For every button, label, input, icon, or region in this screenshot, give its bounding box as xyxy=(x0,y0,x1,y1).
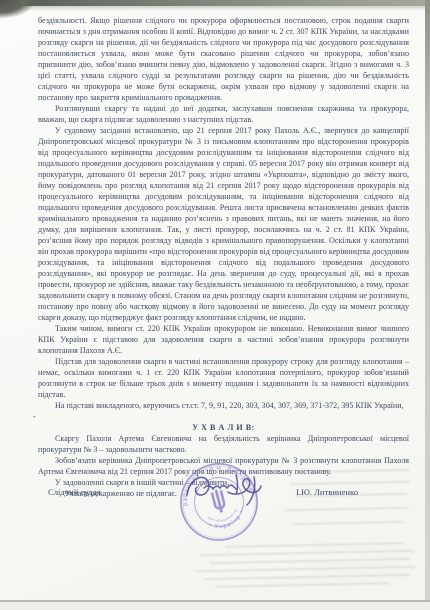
paragraph: Таким чином, вимоги ст. 220 КПК України … xyxy=(38,323,409,356)
paragraph: Розглянувши скаргу та надані до неї дода… xyxy=(38,103,409,125)
scanned-court-ruling-page: бездіяльності. Якщо рішення слідчого чи … xyxy=(0,0,430,610)
dash-line: - xyxy=(33,411,409,422)
handwritten-signature xyxy=(183,467,271,513)
judge-name: І.Ю. Литвиненко xyxy=(296,487,358,497)
paragraph: Підстав для задоволення скарги в частині… xyxy=(38,356,409,400)
photo-top-edge-shadow xyxy=(0,6,430,11)
photo-right-edge xyxy=(425,0,430,610)
document-body: бездіяльності. Якщо рішення слідчого чи … xyxy=(38,15,409,499)
photo-bottom-margin xyxy=(0,602,430,610)
photo-top-left-corner xyxy=(0,0,34,18)
judge-title-label: Слідчий суддя xyxy=(48,487,101,497)
paragraph: бездіяльності. Якщо рішення слідчого чи … xyxy=(38,15,409,103)
resolution-heading: У Х В А Л И В: xyxy=(38,422,409,433)
paragraph: На підставі викладеного, керуючись ст.ст… xyxy=(38,400,409,411)
resolution-paragraph: Скаргу Пахоля Артема Євгеновича на безді… xyxy=(38,433,409,455)
paragraph: У судовому засіданні встановлено, що 21 … xyxy=(38,125,409,323)
